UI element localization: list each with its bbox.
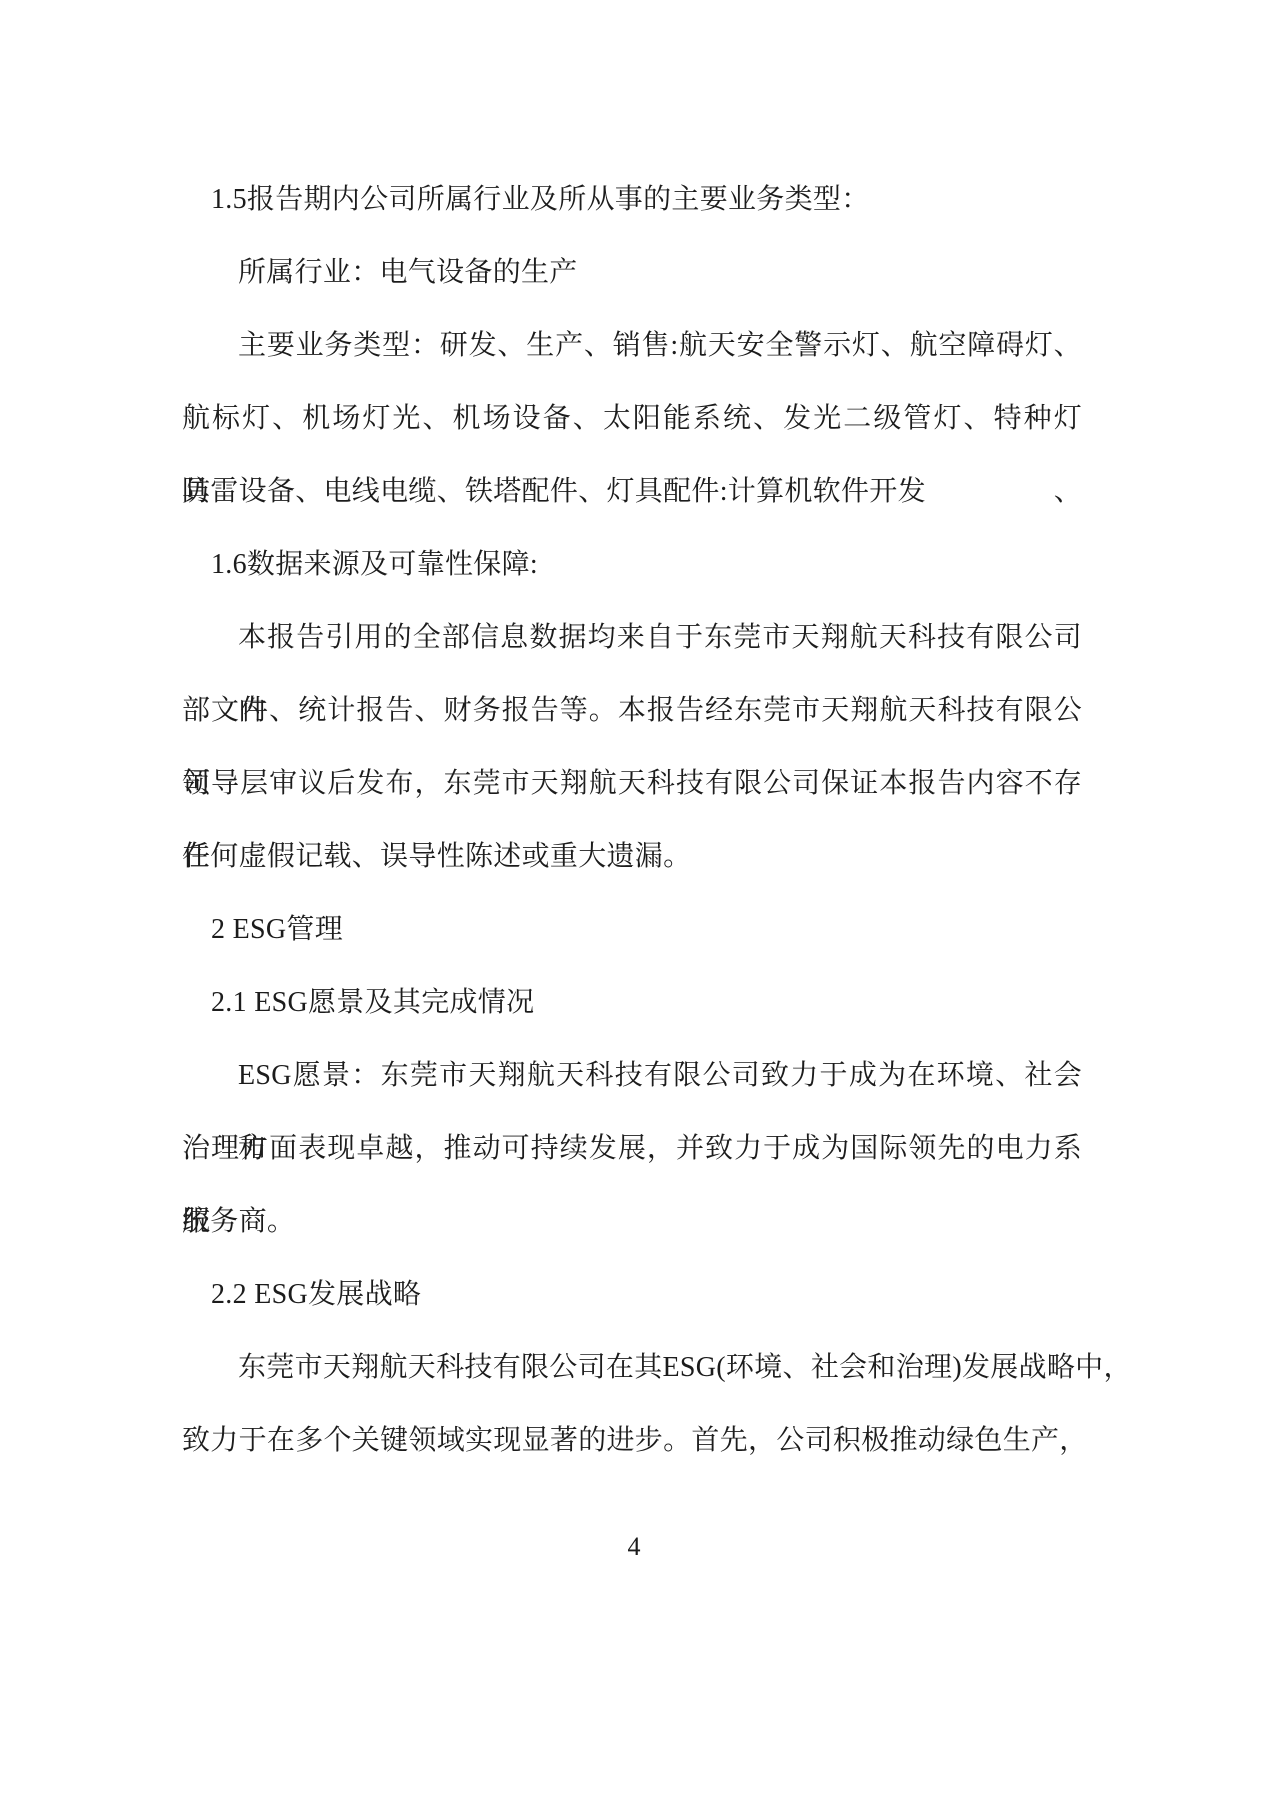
section-heading-2-2: 2.2 ESG发展战略 [182, 1258, 1082, 1331]
document-page: 1.5报告期内公司所属行业及所从事的主要业务类型： 所属行业：电气设备的生产 主… [0, 0, 1268, 1794]
page-number: 4 [0, 1520, 1268, 1574]
text-line-source-3: 领导层审议后发布，东莞市天翔航天科技有限公司保证本报告内容不存在 [182, 747, 1082, 820]
text-line-business-2: 航标灯、机场灯光、机场设备、太阳能系统、发光二级管灯、特种灯具、 [182, 382, 1082, 455]
text-line-strategy-2: 致力于在多个关键领域实现显著的进步。首先，公司积极推动绿色生产， [182, 1404, 1082, 1477]
section-heading-1-5: 1.5报告期内公司所属行业及所从事的主要业务类型： [182, 163, 1082, 236]
text-line-vision-1: ESG愿景：东莞市天翔航天科技有限公司致力于成为在环境、社会和 [182, 1039, 1082, 1112]
text-line-vision-2: 治理方面表现卓越，推动可持续发展，并致力于成为国际领先的电力系统 [182, 1112, 1082, 1185]
text-line-strategy-1: 东莞市天翔航天科技有限公司在其ESG(环境、社会和治理)发展战略中， [182, 1331, 1082, 1404]
section-heading-2-1: 2.1 ESG愿景及其完成情况 [182, 966, 1082, 1039]
text-line-business-1: 主要业务类型：研发、生产、销售:航天安全警示灯、航空障碍灯、 [182, 309, 1082, 382]
text-line-source-1: 本报告引用的全部信息数据均来自于东莞市天翔航天科技有限公司内 [182, 601, 1082, 674]
document-body: 1.5报告期内公司所属行业及所从事的主要业务类型： 所属行业：电气设备的生产 主… [182, 163, 1082, 1477]
text-line-vision-3: 服务商。 [182, 1185, 1082, 1258]
section-heading-1-6: 1.6数据来源及可靠性保障: [182, 528, 1082, 601]
text-line-source-2: 部文件、统计报告、财务报告等。本报告经东莞市天翔航天科技有限公司 [182, 674, 1082, 747]
text-line-industry: 所属行业：电气设备的生产 [182, 236, 1082, 309]
text-line-source-4: 任何虚假记载、误导性陈述或重大遗漏。 [182, 820, 1082, 893]
section-heading-2: 2 ESG管理 [182, 893, 1082, 966]
